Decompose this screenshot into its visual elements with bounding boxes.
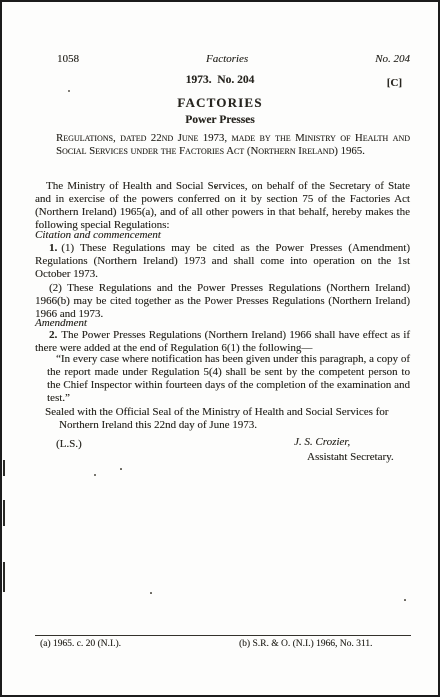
footnotes: (a) 1965. c. 20 (N.I.). (b) S.R. & O. (N… bbox=[2, 639, 438, 653]
scan-speck bbox=[404, 599, 406, 601]
regulation-1-paragraph-1: 1.(1) These Regulations may be cited as … bbox=[35, 242, 410, 281]
footnote-b: (b) S.R. & O. (N.I.) 1966, No. 311. bbox=[239, 639, 372, 649]
seal-mark: (L.S.) bbox=[56, 438, 82, 450]
scan-speck bbox=[150, 592, 152, 594]
footnote-b-text: S.R. & O. (N.I.) 1966, No. 311. bbox=[252, 639, 372, 649]
document-subtitle: Power Presses bbox=[2, 114, 438, 126]
running-head-title: Factories bbox=[206, 53, 248, 65]
scan-speck bbox=[215, 186, 217, 188]
amendment-heading: Amendment bbox=[35, 317, 87, 329]
regulation-1-paragraph-2: (2) These Regulations and the Power Pres… bbox=[35, 282, 410, 321]
regulation-1-paragraph-1-text: (1) These Regulations may be cited as th… bbox=[35, 242, 410, 280]
corner-mark: [C] bbox=[387, 77, 402, 89]
introductory-paragraph: The Ministry of Health and Social Servic… bbox=[35, 180, 410, 232]
document-page: 1058 Factories No. 204 1973. No. 204 [C]… bbox=[0, 0, 440, 697]
running-head-ref: No. 204 bbox=[375, 53, 410, 65]
scan-speck bbox=[120, 468, 122, 470]
signatory-role: Assistant Secretary. bbox=[307, 450, 394, 465]
scan-edge-artifact bbox=[3, 500, 5, 526]
scan-edge-artifact bbox=[3, 460, 5, 476]
signature-block: J. S. Crozier, Assistant Secretary. bbox=[294, 435, 394, 464]
regulation-1-number: 1. bbox=[49, 242, 57, 254]
scan-speck bbox=[68, 90, 70, 92]
preamble-paragraph: Regulations, dated 22nd June 1973, made … bbox=[56, 132, 410, 158]
footnote-b-label: (b) bbox=[239, 639, 250, 649]
instrument-number-line: 1973. No. 204 bbox=[2, 74, 438, 86]
regulation-2-paragraph-text: The Power Presses Regulations (Northern … bbox=[35, 329, 410, 354]
footnote-a: (a) 1965. c. 20 (N.I.). bbox=[40, 639, 121, 649]
footnote-rule bbox=[35, 635, 411, 636]
regulation-2-number: 2. bbox=[49, 329, 57, 341]
document-title: FACTORIES bbox=[2, 95, 438, 111]
sealing-clause: Sealed with the Official Seal of the Min… bbox=[35, 406, 410, 432]
scan-speck bbox=[339, 454, 341, 456]
page-number: 1058 bbox=[35, 53, 79, 65]
inserted-quotation: “In every case where notification has be… bbox=[47, 353, 410, 405]
scan-edge-artifact bbox=[3, 562, 5, 592]
regulation-2-paragraph: 2.The Power Presses Regulations (Norther… bbox=[35, 329, 410, 355]
signatory-name: J. S. Crozier, bbox=[294, 436, 350, 448]
running-head: 1058 Factories No. 204 bbox=[35, 53, 410, 65]
citation-heading: Citation and commencement bbox=[35, 229, 161, 241]
scan-speck bbox=[94, 474, 96, 476]
